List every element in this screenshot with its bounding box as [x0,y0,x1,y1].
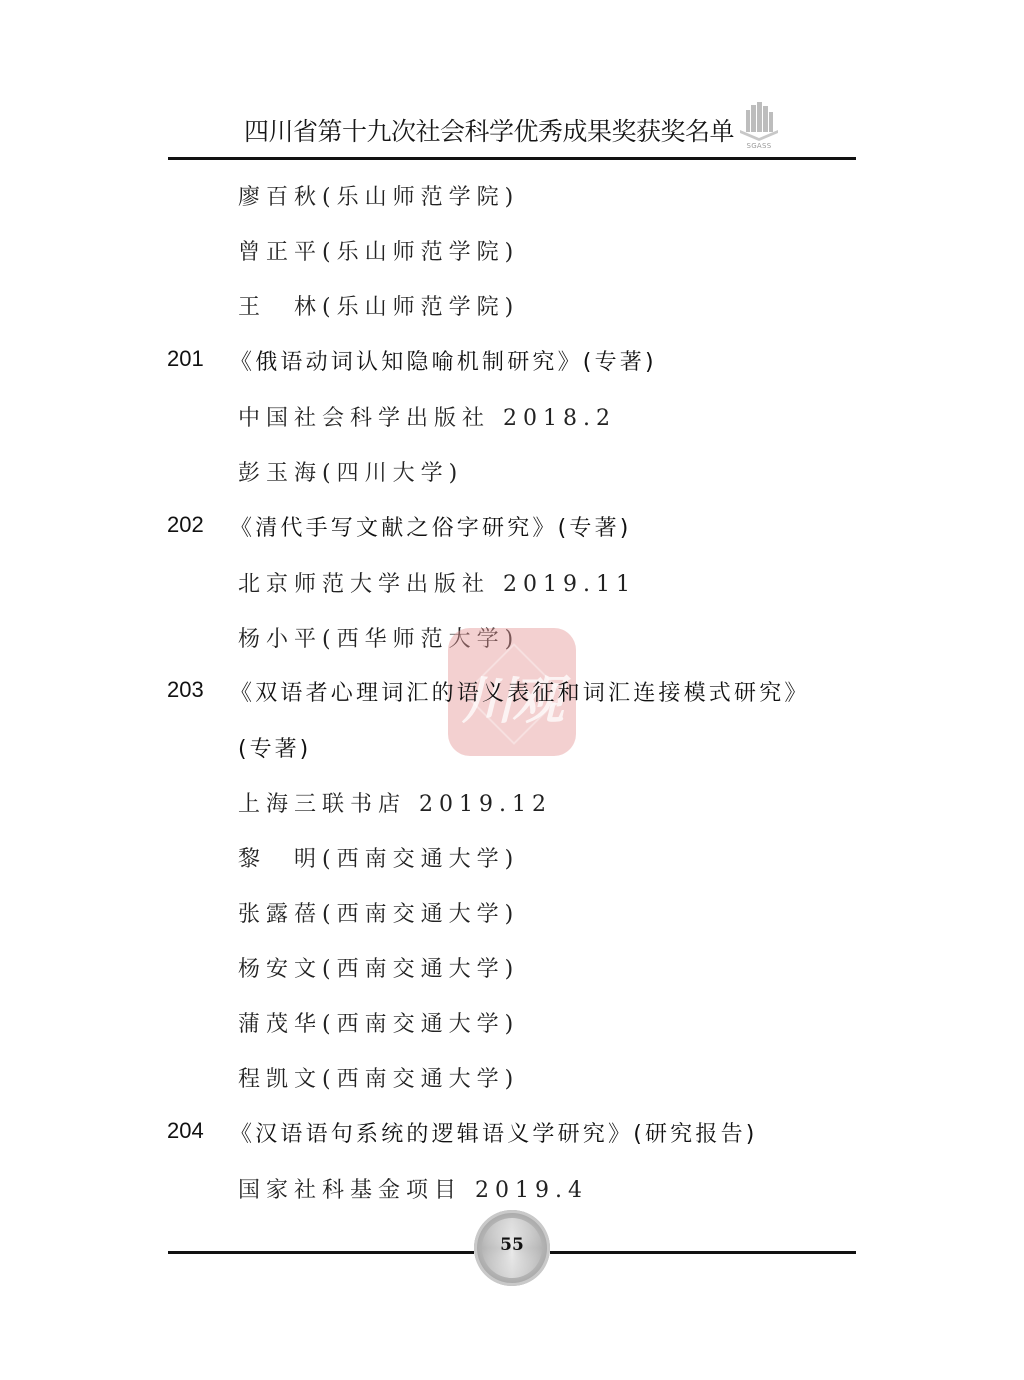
document-page: 四川省第十九次社会科学优秀成果奖获奖名单 SGASS 廖百秋(乐山师范学院) 曾… [0,0,1024,1380]
author-line: 王 林(乐山师范学院) [238,290,519,321]
author-line: 张露蓓(西南交通大学) [238,897,519,928]
footer-divider-left [168,1251,474,1254]
author-line: 杨安文(西南交通大学) [238,952,519,983]
entry-title: 《汉语语句系统的逻辑语义学研究》(研究报告) [230,1117,758,1148]
header-divider [168,157,856,160]
footer-divider-right [550,1251,856,1254]
building-book-icon [734,100,784,144]
entry-publisher: 中国社会科学出版社 2018.2 [238,401,616,432]
sgass-logo: SGASS [734,100,784,154]
author-line: 彭玉海(四川大学) [238,456,463,487]
page-header-title: 四川省第十九次社会科学优秀成果奖获奖名单 [244,112,734,148]
entry-title: 《俄语动词认知隐喻机制研究》(专著) [230,345,657,376]
entry-publisher: 北京师范大学出版社 2019.11 [238,567,636,598]
author-line: 程凯文(西南交通大学) [238,1062,519,1093]
entry-number: 204 [167,1118,204,1144]
author-line: 廖百秋(乐山师范学院) [238,180,519,211]
entry-publisher: 国家社科基金项目 2019.4 [238,1173,588,1204]
author-line: 曾正平(乐山师范学院) [238,235,519,266]
author-line: 黎 明(西南交通大学) [238,842,519,873]
page-number: 55 [474,1235,550,1255]
entry-number: 202 [167,512,204,538]
entry-title: 《清代手写文献之俗字研究》(专著) [230,511,632,542]
entry-number: 201 [167,346,204,372]
logo-text: SGASS [734,142,784,150]
author-line: 蒲茂华(西南交通大学) [238,1007,519,1038]
entry-number: 203 [167,677,204,703]
entry-title-continued: (专著) [238,732,311,763]
entry-publisher: 上海三联书店 2019.12 [238,787,552,818]
entry-title: 《双语者心理词汇的语义表征和词汇连接模式研究》 [230,676,810,707]
page-number-badge: 55 [474,1210,550,1286]
